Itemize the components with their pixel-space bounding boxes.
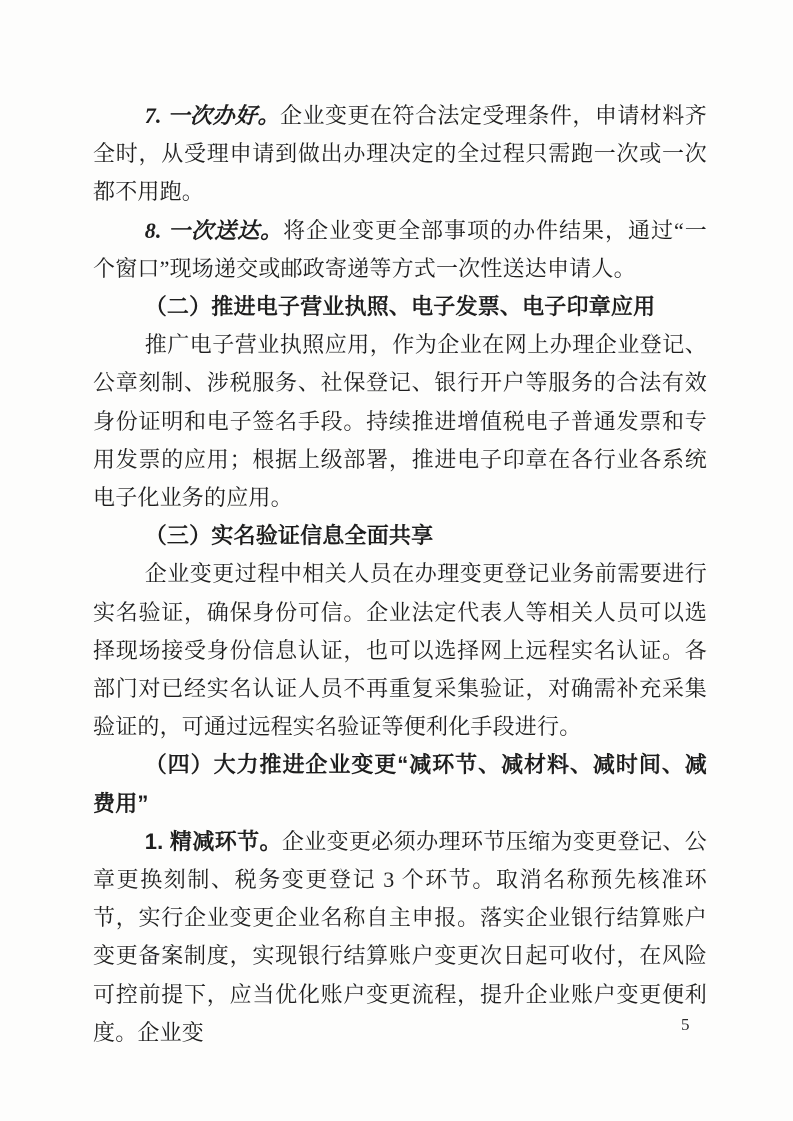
section-heading-2: （二）推进电子营业执照、电子发票、电子印章应用: [93, 288, 707, 326]
page-number: 5: [681, 1013, 690, 1037]
document-body: 7. 一次办好。企业变更在符合法定受理条件，申请材料齐全时，从受理申请到做出办理…: [93, 97, 707, 1052]
item-8-lead: 8. 一次送达。: [145, 218, 283, 243]
item-1-lead: 1. 精减环节。: [145, 829, 282, 854]
section-heading-4: （四）大力推进企业变更“减环节、减材料、减时间、减费用”: [93, 746, 707, 822]
item-1-text: 企业变更必须办理环节压缩为变更登记、公章更换刻制、税务变更登记 3 个环节。取消…: [93, 829, 707, 1045]
numbered-item-7: 7. 一次办好。企业变更在符合法定受理条件，申请材料齐全时，从受理申请到做出办理…: [93, 97, 707, 212]
numbered-item-1: 1. 精减环节。企业变更必须办理环节压缩为变更登记、公章更换刻制、税务变更登记 …: [93, 823, 707, 1052]
item-7-lead: 7. 一次办好。: [145, 103, 280, 128]
section-heading-3: （三）实名验证信息全面共享: [93, 517, 707, 555]
paragraph-electronic-license: 推广电子营业执照应用，作为企业在网上办理企业登记、公章刻制、涉税服务、社保登记、…: [93, 326, 707, 517]
numbered-item-8: 8. 一次送达。将企业变更全部事项的办件结果，通过“一个窗口”现场递交或邮政寄递…: [93, 212, 707, 288]
paragraph-real-name-verification: 企业变更过程中相关人员在办理变更登记业务前需要进行实名验证，确保身份可信。企业法…: [93, 555, 707, 746]
document-page: 7. 一次办好。企业变更在符合法定受理条件，申请材料齐全时，从受理申请到做出办理…: [0, 0, 793, 1121]
